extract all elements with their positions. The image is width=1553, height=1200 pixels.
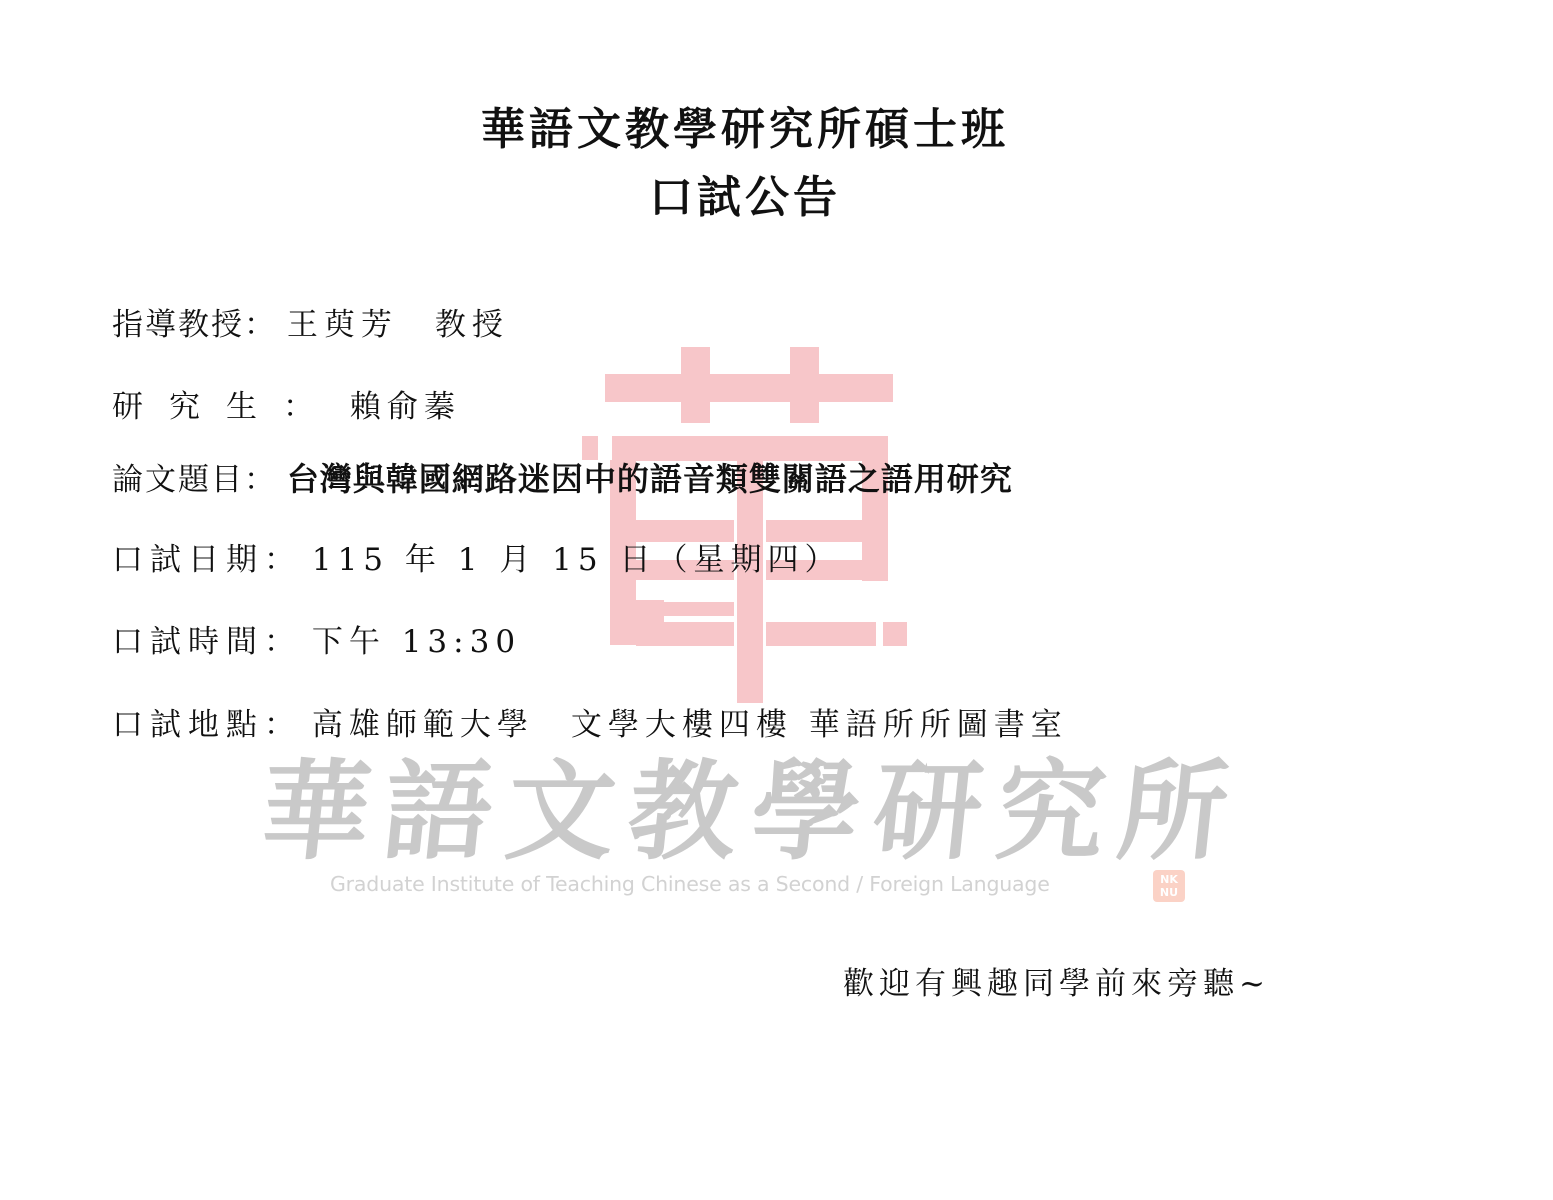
- thesis-row: 論文題目： 台灣與韓國網路迷因中的語音類雙關語之語用研究: [112, 463, 1013, 496]
- watermark-char: 所: [1113, 758, 1232, 866]
- student-row: 研究生： 賴俞蓁: [112, 392, 461, 423]
- logo-stroke: [883, 622, 907, 646]
- watermark-char: 語: [379, 758, 498, 866]
- advisor-label: 指導教授：: [112, 310, 277, 341]
- watermark-char: 學: [746, 758, 865, 866]
- logo-stroke: [636, 622, 734, 646]
- institute-name-watermark: 華 語 文 教 學 研 究 所: [262, 752, 1227, 872]
- watermark-char: 研: [868, 758, 987, 866]
- logo-stroke: [766, 520, 862, 542]
- institute-english-name: Graduate Institute of Teaching Chinese a…: [330, 872, 1050, 896]
- place-row: 口試地點： 高雄師範大學 文學大樓四樓 華語所所圖書室: [112, 710, 1068, 741]
- page-subtitle: 口試公告: [0, 176, 1490, 220]
- invitation-note: 歡迎有興趣同學前來旁聽~: [843, 958, 1270, 1003]
- time-row: 口試時間： 下午 13:30: [112, 627, 521, 658]
- thesis-title: 台灣與韓國網路迷因中的語音類雙關語之語用研究: [287, 463, 1013, 495]
- date-value: 115 年 1 月 15 日（星期四）: [312, 545, 842, 576]
- place-value: 高雄師範大學 文學大樓四樓 華語所所圖書室: [312, 710, 1068, 741]
- logo-stroke: [605, 374, 893, 402]
- badge-line: NK: [1153, 873, 1185, 886]
- logo-stroke: [766, 622, 876, 646]
- watermark-char: 文: [501, 758, 620, 866]
- advisor-row: 指導教授： 王萸芳 教授: [112, 310, 509, 341]
- time-label: 口試時間：: [112, 627, 302, 658]
- thesis-label: 論文題目：: [112, 465, 277, 496]
- nknu-badge-icon: NK NU: [1153, 870, 1185, 902]
- watermark-char: 華: [256, 758, 375, 866]
- advisor-value: 王萸芳 教授: [287, 310, 509, 341]
- page-title: 華語文教學研究所碩士班: [0, 108, 1490, 152]
- logo-stroke: [582, 436, 598, 460]
- badge-line: NU: [1153, 886, 1185, 899]
- watermark-char: 教: [624, 758, 743, 866]
- student-label: 研究生：: [112, 392, 340, 423]
- student-value: 賴俞蓁: [350, 392, 461, 423]
- place-label: 口試地點：: [112, 710, 302, 741]
- date-row: 口試日期： 115 年 1 月 15 日（星期四）: [112, 545, 841, 576]
- watermark-char: 究: [991, 758, 1110, 866]
- time-value: 下午 13:30: [312, 627, 521, 658]
- logo-stroke: [636, 520, 734, 542]
- date-label: 口試日期：: [112, 545, 302, 576]
